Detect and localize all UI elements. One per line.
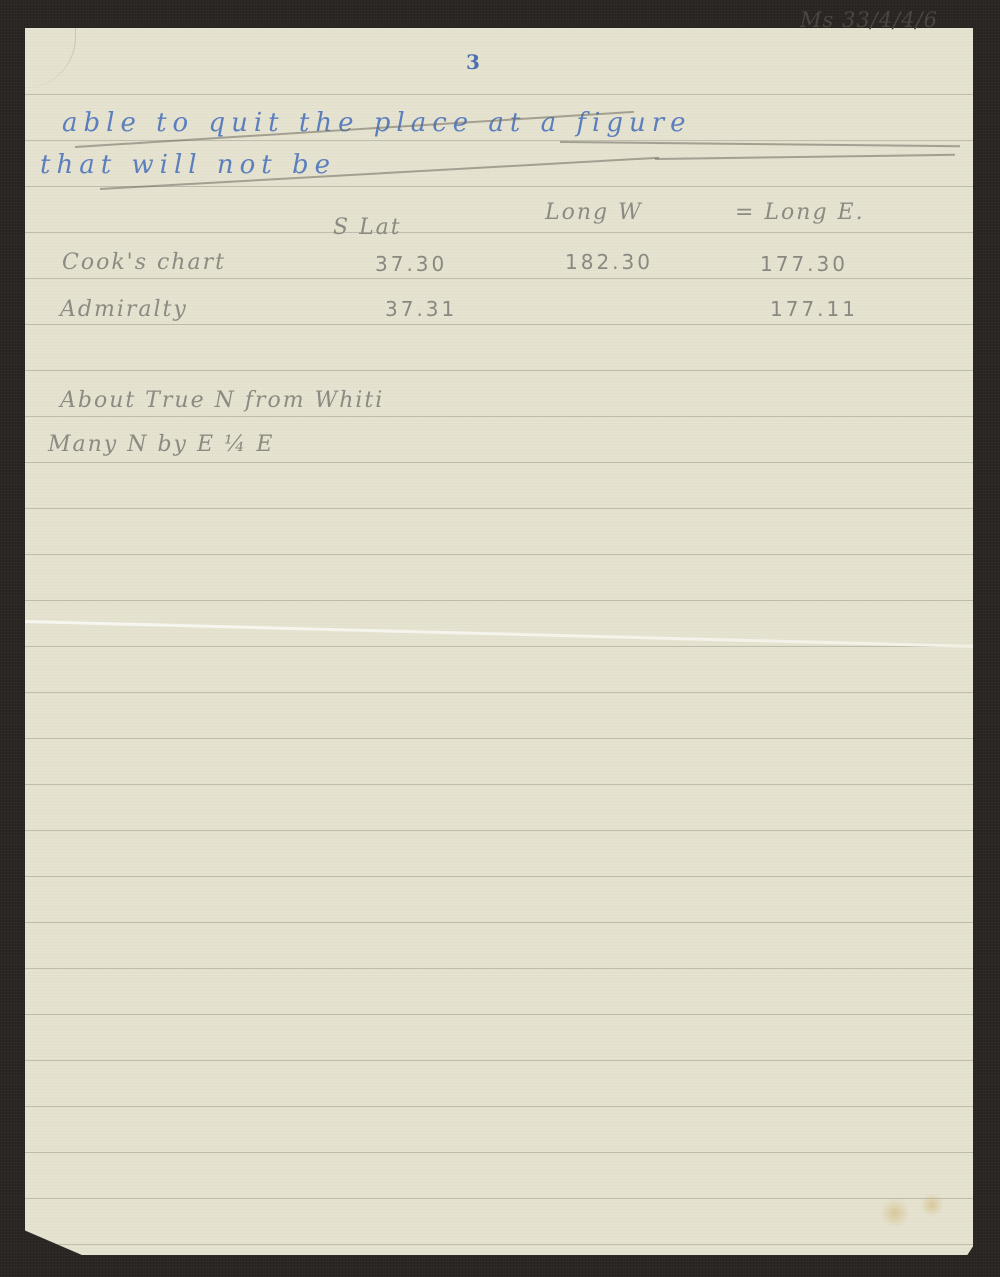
shelfmark: Ms 33/4/4/6 bbox=[800, 8, 938, 32]
cell-long-w: 182.30 bbox=[565, 250, 653, 274]
ruled-line bbox=[25, 600, 973, 601]
ruled-line bbox=[25, 508, 973, 509]
ruled-line bbox=[25, 232, 973, 233]
struck-text-line-2: that will not be bbox=[40, 150, 336, 180]
ruled-line bbox=[25, 554, 973, 555]
note-line-2: Many N by E ¼ E bbox=[48, 432, 274, 457]
header-long-w: Long W bbox=[545, 200, 643, 225]
ruled-line bbox=[25, 738, 973, 739]
ruled-line bbox=[25, 1014, 973, 1015]
ruled-line bbox=[25, 646, 973, 647]
ruled-line bbox=[25, 1060, 973, 1061]
ruled-line bbox=[25, 278, 973, 279]
note-line-1: About True N from Whiti bbox=[60, 388, 384, 413]
ruled-line bbox=[25, 968, 973, 969]
ruled-line bbox=[25, 922, 973, 923]
ruled-line bbox=[25, 324, 973, 325]
ruled-line bbox=[25, 1244, 973, 1245]
folded-corner bbox=[25, 28, 76, 88]
ruled-line bbox=[25, 1198, 973, 1199]
ruled-line bbox=[25, 370, 973, 371]
ruled-line bbox=[25, 462, 973, 463]
row-label-admiralty: Admiralty bbox=[60, 297, 188, 322]
ruled-line bbox=[25, 692, 973, 693]
row-label-cooks-chart: Cook's chart bbox=[62, 250, 226, 275]
foxing-stain bbox=[880, 1198, 910, 1228]
ruled-line bbox=[25, 784, 973, 785]
cell-lat: 37.31 bbox=[385, 297, 457, 321]
ruled-line bbox=[25, 876, 973, 877]
cell-lat: 37.30 bbox=[375, 252, 447, 276]
ruled-line bbox=[25, 830, 973, 831]
page-number: 3 bbox=[466, 50, 480, 74]
paper-fold-crease bbox=[25, 620, 973, 648]
ruled-line bbox=[25, 1106, 973, 1107]
header-long-e: = Long E. bbox=[735, 200, 865, 225]
ruled-line bbox=[25, 416, 973, 417]
ruled-line bbox=[25, 1152, 973, 1153]
cell-long-e: 177.11 bbox=[770, 297, 858, 321]
foxing-stain bbox=[920, 1193, 944, 1217]
header-s-lat: S Lat bbox=[333, 215, 402, 240]
ruled-line bbox=[25, 94, 973, 95]
cell-long-e: 177.30 bbox=[760, 252, 848, 276]
